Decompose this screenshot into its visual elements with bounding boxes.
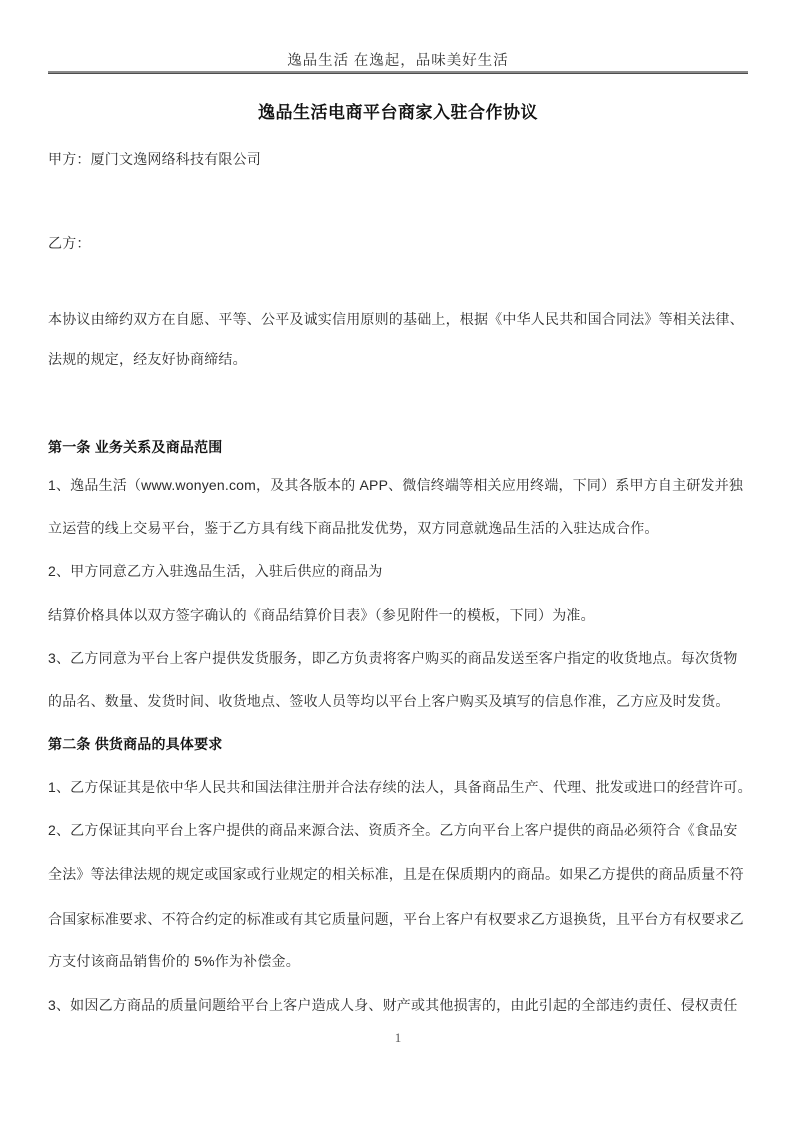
party-b-line: 乙方： [48, 233, 748, 253]
header-slogan: 逸品生活 在逸起，品味美好生活 [48, 51, 748, 71]
section-2-body-line: 2、乙方保证其向平台上客户提供的商品来源合法、资质齐全。乙方向平台上客户提供的商… [48, 820, 748, 840]
section-2-body-line: 1、乙方保证其是依中华人民共和国法律注册并合法存续的法人，具备商品生产、代理、批… [48, 777, 748, 797]
party-a-line: 甲方：厦门文逸网络科技有限公司 [48, 149, 748, 169]
preamble-line: 本协议由缔约双方在自愿、平等、公平及诚实信用原则的基础上，根据《中华人民共和国合… [48, 309, 748, 329]
section-2-heading: 第二条 供货商品的具体要求 [48, 734, 748, 754]
section-1-body-line: 立运营的线上交易平台，鉴于乙方具有线下商品批发优势，双方同意就逸品生活的入驻达成… [48, 518, 748, 538]
section-1-body-line: 3、乙方同意为平台上客户提供发货服务，即乙方负责将客户购买的商品发送至客户指定的… [48, 648, 748, 668]
section-1-body-line: 2、甲方同意乙方入驻逸品生活，入驻后供应的商品为 [48, 561, 748, 581]
section-1-body-line: 1、逸品生活（www.wonyen.com，及其各版本的 APP、微信终端等相关… [48, 475, 748, 495]
section-1-body-line: 结算价格具体以双方签字确认的《商品结算价目表》（参见附件一的模板，下同）为准。 [48, 605, 748, 625]
section-2-body-line: 方支付该商品销售价的 5%作为补偿金。 [48, 951, 748, 971]
section-2-body-line: 3、如因乙方商品的质量问题给平台上客户造成人身、财产或其他损害的，由此引起的全部… [48, 995, 748, 1015]
section-1-body-line: 的品名、数量、发货时间、收货地点、签收人员等均以平台上客户购买及填写的信息作准，… [48, 691, 748, 711]
section-2-body-line: 全法》等法律法规的规定或国家或行业规定的相关标准，且是在保质期内的商品。如果乙方… [48, 864, 748, 884]
page-title: 逸品生活电商平台商家入驻合作协议 [48, 101, 748, 125]
preamble-line: 法规的规定，经友好协商缔结。 [48, 349, 748, 369]
section-1-heading: 第一条 业务关系及商品范围 [48, 437, 748, 457]
document-page: 逸品生活 在逸起，品味美好生活 逸品生活电商平台商家入驻合作协议 甲方：厦门文逸… [0, 0, 793, 1122]
page-number: 1 [48, 1028, 748, 1048]
section-2-body-line: 合国家标准要求、不符合约定的标准或有其它质量问题，平台上客户有权要求乙方退换货，… [48, 909, 748, 929]
header-rule [48, 71, 748, 74]
